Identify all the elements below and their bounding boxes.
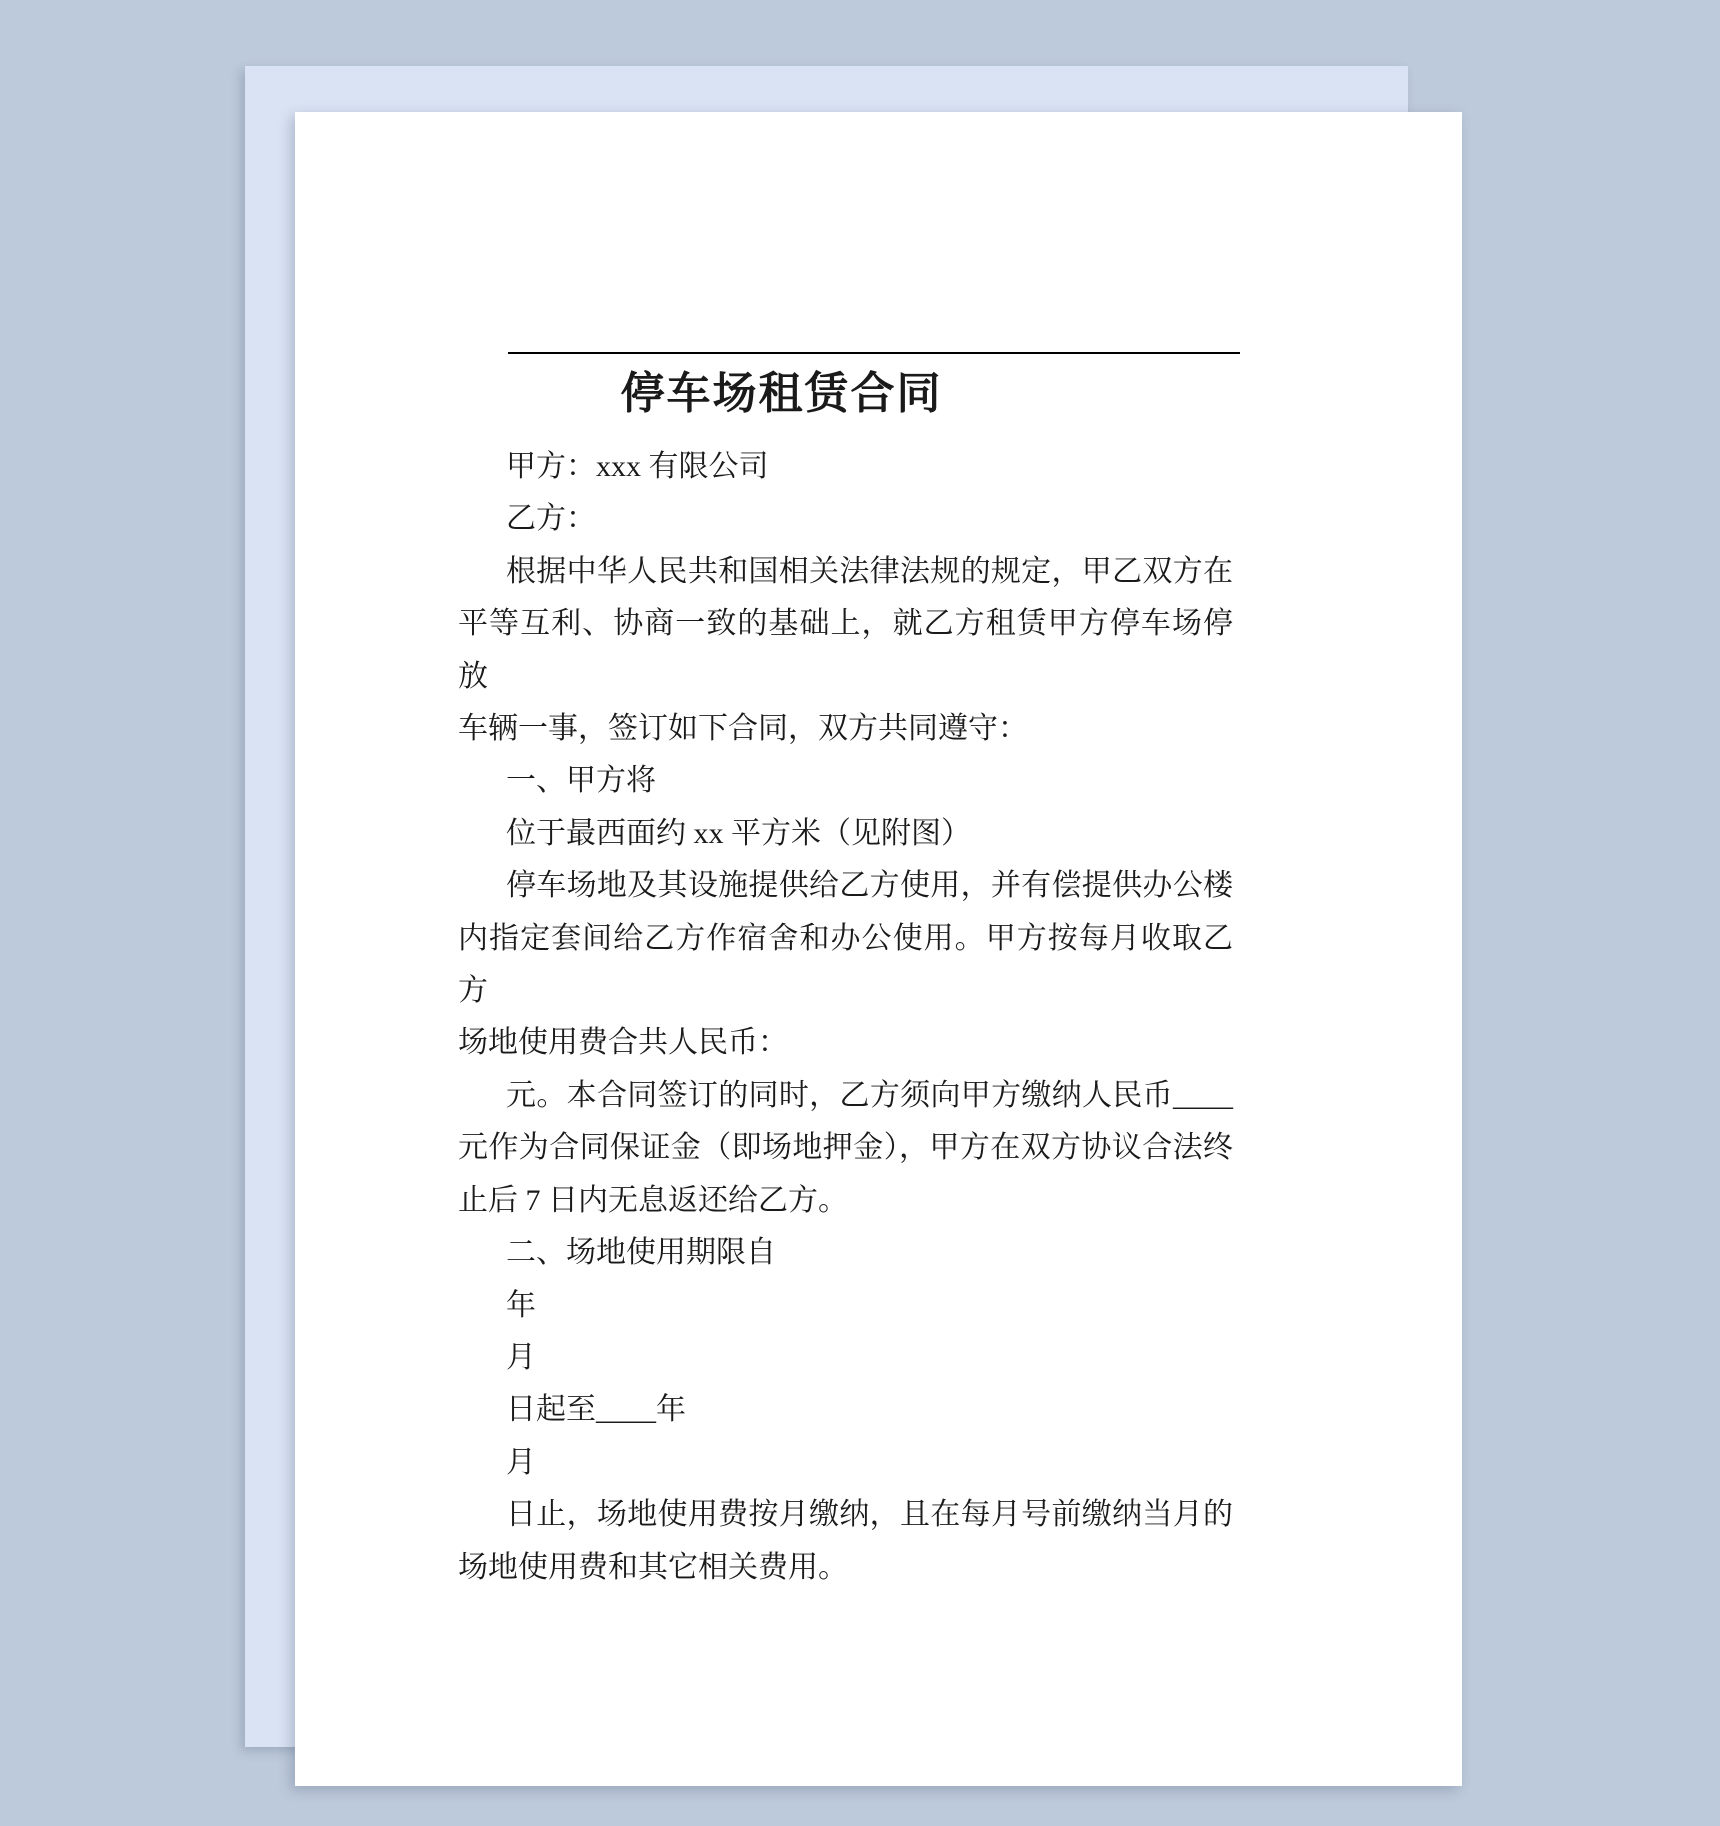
contract-line: 内指定套间给乙方作宿舍和办公使用。甲方按每月收取乙方 <box>458 913 1233 1018</box>
contract-line: 车辆一事，签订如下合同，双方共同遵守： <box>458 703 1233 755</box>
contract-line: 停车场地及其设施提供给乙方使用，并有偿提供办公楼 <box>458 860 1233 912</box>
contract-line: 月 <box>458 1437 1233 1489</box>
contract-line: 元。本合同签订的同时，乙方须向甲方缴纳人民币____ <box>458 1070 1233 1122</box>
contract-line: 二、场地使用期限自 <box>458 1227 1233 1279</box>
contract-line: 平等互利、协商一致的基础上，就乙方租赁甲方停车场停放 <box>458 598 1233 703</box>
contract-body: 甲方：xxx 有限公司乙方：根据中华人民共和国相关法律法规的规定，甲乙双方在平等… <box>458 441 1233 1594</box>
contract-line: 根据中华人民共和国相关法律法规的规定，甲乙双方在 <box>458 546 1233 598</box>
contract-line: 位于最西面约 xx 平方米（见附图） <box>458 808 1233 860</box>
contract-line: 止后 7 日内无息返还给乙方。 <box>458 1175 1233 1227</box>
contract-line: 场地使用费合共人民币： <box>458 1017 1233 1069</box>
contract-line: 日止，场地使用费按月缴纳，且在每月号前缴纳当月的 <box>458 1489 1233 1541</box>
contract-line: 乙方： <box>458 493 1233 545</box>
contract-page: 停车场租赁合同 甲方：xxx 有限公司乙方：根据中华人民共和国相关法律法规的规定… <box>295 112 1462 1786</box>
title-rule <box>508 352 1240 354</box>
contract-line: 日起至____年 <box>458 1384 1233 1436</box>
contract-line: 一、甲方将 <box>458 755 1233 807</box>
document-title: 停车场租赁合同 <box>458 366 1233 422</box>
contract-line: 年 <box>458 1280 1233 1332</box>
contract-line: 元作为合同保证金（即场地押金），甲方在双方协议合法终 <box>458 1122 1233 1174</box>
contract-line: 场地使用费和其它相关费用。 <box>458 1542 1233 1594</box>
canvas-background: 停车场租赁合同 甲方：xxx 有限公司乙方：根据中华人民共和国相关法律法规的规定… <box>0 0 1720 1826</box>
contract-line: 甲方：xxx 有限公司 <box>458 441 1233 493</box>
contract-line: 月 <box>458 1332 1233 1384</box>
